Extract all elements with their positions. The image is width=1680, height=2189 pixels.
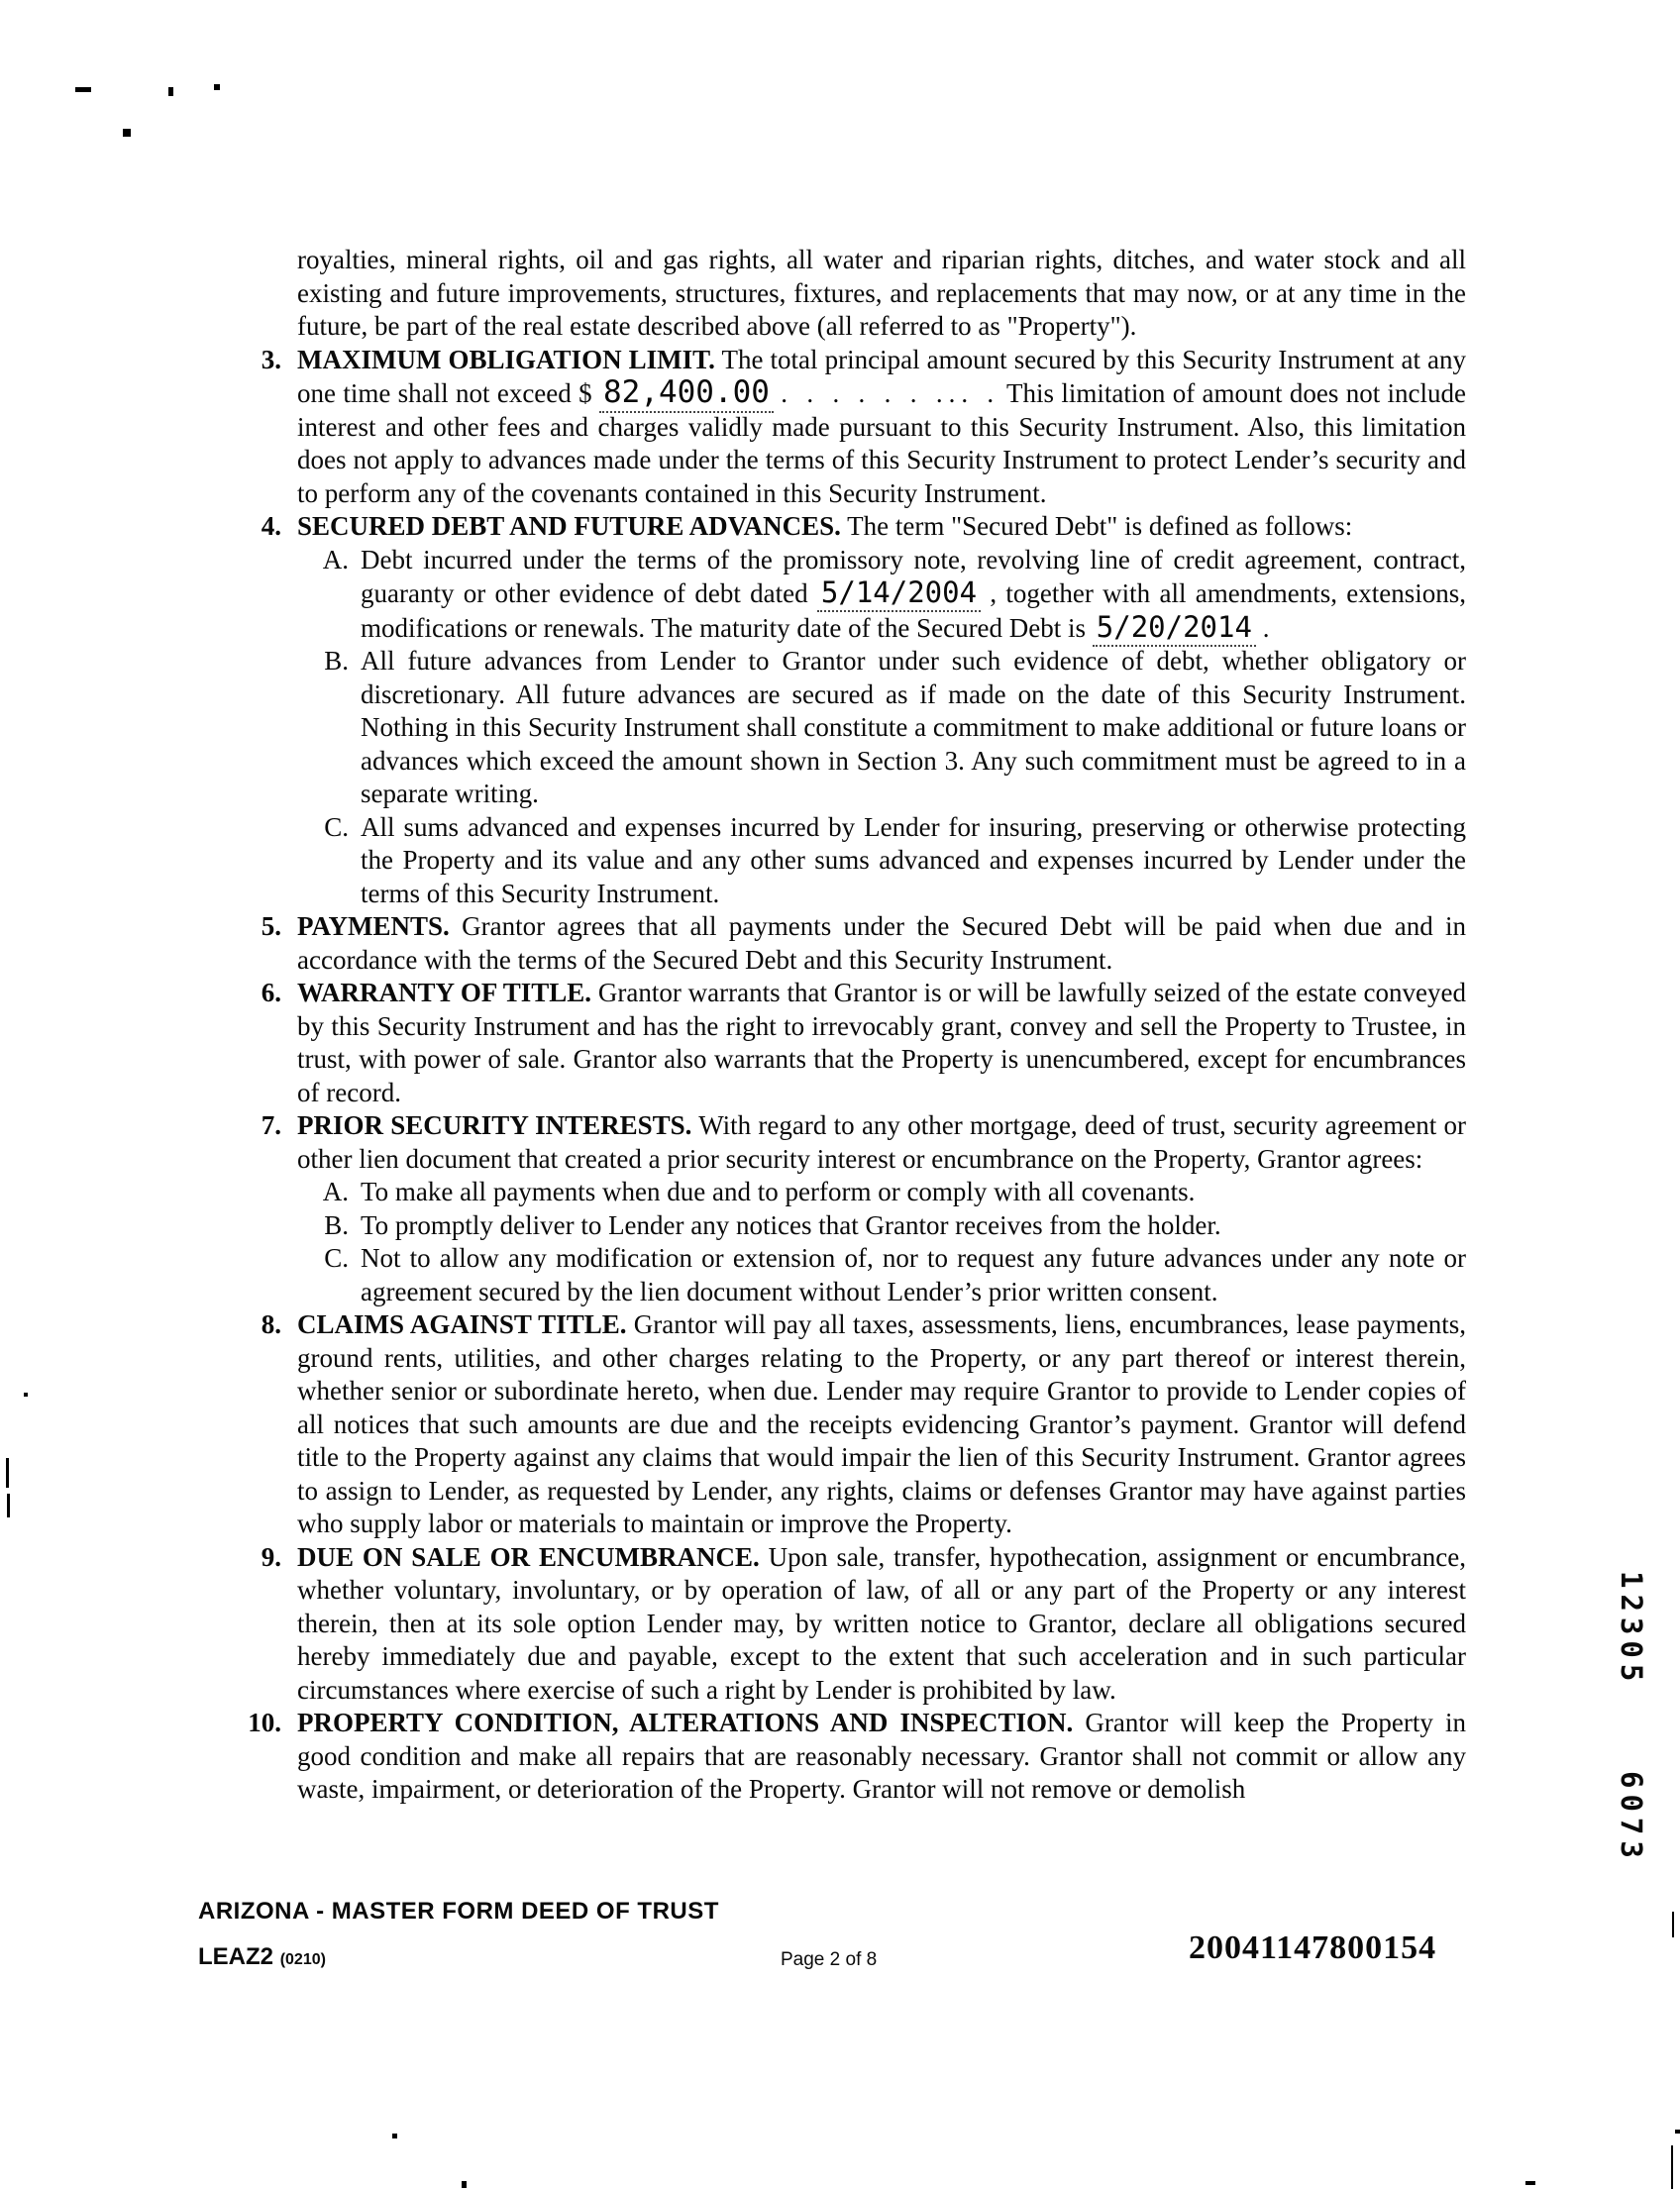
subitem-4a: A. Debt incurred under the terms of the … — [361, 544, 1466, 646]
section-9-due-on-sale: 9. DUE ON SALE OR ENCUMBRANCE. Upon sale… — [297, 1541, 1466, 1708]
fill-in-dots: . . . . . . ... . — [781, 378, 999, 408]
subitem-4b: B. All future advances from Lender to Gr… — [361, 645, 1466, 811]
section-title: DUE ON SALE OR ENCUMBRANCE. — [297, 1542, 760, 1572]
subitem-text: To promptly deliver to Lender any notice… — [361, 1210, 1221, 1240]
section-title: SECURED DEBT AND FUTURE ADVANCES. — [297, 511, 841, 541]
scan-mark — [7, 1494, 10, 1517]
section-title: PAYMENTS. — [297, 911, 450, 941]
deed-of-trust-page: { "content": { "continuation_paragraph":… — [0, 0, 1680, 2189]
footer-form-code: LEAZ2 (0210) — [198, 1943, 326, 1971]
obligation-amount-value: 82,400.00 — [599, 374, 774, 413]
scan-mark — [6, 1458, 9, 1488]
section-number: 8. — [262, 1308, 297, 1342]
margin-vertical-number-bottom: 6073 — [1617, 1771, 1645, 1864]
section-10-property-condition: 10. PROPERTY CONDITION, ALTERATIONS AND … — [297, 1707, 1466, 1807]
maturity-date-value: 5/20/2014 — [1093, 610, 1256, 647]
section-title: PROPERTY CONDITION, ALTERATIONS AND INSP… — [297, 1708, 1073, 1737]
scan-mark — [214, 84, 220, 90]
scan-mark — [123, 129, 131, 137]
section-8-claims-against-title: 8. CLAIMS AGAINST TITLE. Grantor will pa… — [297, 1308, 1466, 1541]
section-intro: The term "Secured Debt" is defined as fo… — [847, 511, 1352, 541]
scan-mark — [168, 87, 173, 96]
subitem-7b: B. To promptly deliver to Lender any not… — [361, 1209, 1466, 1243]
footer-form-name: ARIZONA - MASTER FORM DEED OF TRUST — [198, 1898, 719, 1926]
section-title: MAXIMUM OBLIGATION LIMIT. — [297, 345, 715, 374]
scan-mark — [1672, 1912, 1674, 1937]
section-title: PRIOR SECURITY INTERESTS. — [297, 1110, 691, 1140]
subitem-letter: A. — [323, 1176, 361, 1209]
subitem-7a: A. To make all payments when due and to … — [361, 1176, 1466, 1209]
footer-document-number: 20041147800154 — [1189, 1929, 1436, 1967]
subitem-text-post: . — [1263, 613, 1270, 643]
document-body: royalties, mineral rights, oil and gas r… — [297, 244, 1466, 1807]
continuation-paragraph: royalties, mineral rights, oil and gas r… — [297, 244, 1466, 344]
section-number: 4. — [262, 510, 297, 544]
section-number: 7. — [262, 1109, 297, 1143]
continuation-text: royalties, mineral rights, oil and gas r… — [297, 245, 1466, 341]
section-title: WARRANTY OF TITLE. — [297, 978, 591, 1007]
section-number: 6. — [262, 977, 297, 1010]
scan-mark — [24, 1393, 28, 1397]
margin-vertical-number-top: 12305 — [1617, 1571, 1645, 1687]
subitem-text: To make all payments when due and to per… — [361, 1177, 1195, 1206]
scan-mark — [75, 87, 91, 92]
section-number: 10. — [248, 1707, 297, 1740]
subitem-text: Not to allow any modification or extensi… — [361, 1243, 1466, 1306]
section-body: Grantor will pay all taxes, assessments,… — [297, 1309, 1466, 1538]
section-number: 9. — [262, 1541, 297, 1575]
scan-mark — [462, 2181, 467, 2188]
section-number: 3. — [262, 344, 297, 377]
subitem-letter: B. — [324, 645, 361, 678]
section-4-secured-debt: 4. SECURED DEBT AND FUTURE ADVANCES. The… — [297, 510, 1466, 910]
section-5-payments: 5. PAYMENTS. Grantor agrees that all pay… — [297, 910, 1466, 977]
section-body: Grantor agrees that all payments under t… — [297, 911, 1466, 975]
section-title: CLAIMS AGAINST TITLE. — [297, 1309, 626, 1339]
subitem-7c: C. Not to allow any modification or exte… — [361, 1242, 1466, 1308]
subitem-letter: A. — [323, 544, 361, 577]
subitem-letter: B. — [324, 1209, 361, 1243]
subitem-text: All future advances from Lender to Grant… — [361, 646, 1466, 808]
subitem-text: All sums advanced and expenses incurred … — [361, 812, 1466, 908]
scan-mark — [1525, 2181, 1535, 2185]
section-7-prior-security-interests: 7. PRIOR SECURITY INTERESTS. With regard… — [297, 1109, 1466, 1308]
form-code-text: LEAZ2 — [198, 1943, 273, 1970]
scan-mark — [392, 2134, 397, 2138]
footer-page-indicator: Page 2 of 8 — [781, 1949, 877, 1971]
form-code-revision: (0210) — [280, 1951, 326, 1968]
section-3-maximum-obligation-limit: 3. MAXIMUM OBLIGATION LIMIT. The total p… — [297, 344, 1466, 511]
subitem-4c: C. All sums advanced and expenses incurr… — [361, 811, 1466, 911]
section-6-warranty-of-title: 6. WARRANTY OF TITLE. Grantor warrants t… — [297, 977, 1466, 1109]
scan-mark — [1675, 2130, 1680, 2134]
scan-mark — [1671, 2145, 1673, 2189]
debt-date-value: 5/14/2004 — [817, 575, 981, 612]
subitem-letter: C. — [324, 1242, 361, 1276]
subitem-letter: C. — [324, 811, 361, 845]
section-number: 5. — [262, 910, 297, 944]
